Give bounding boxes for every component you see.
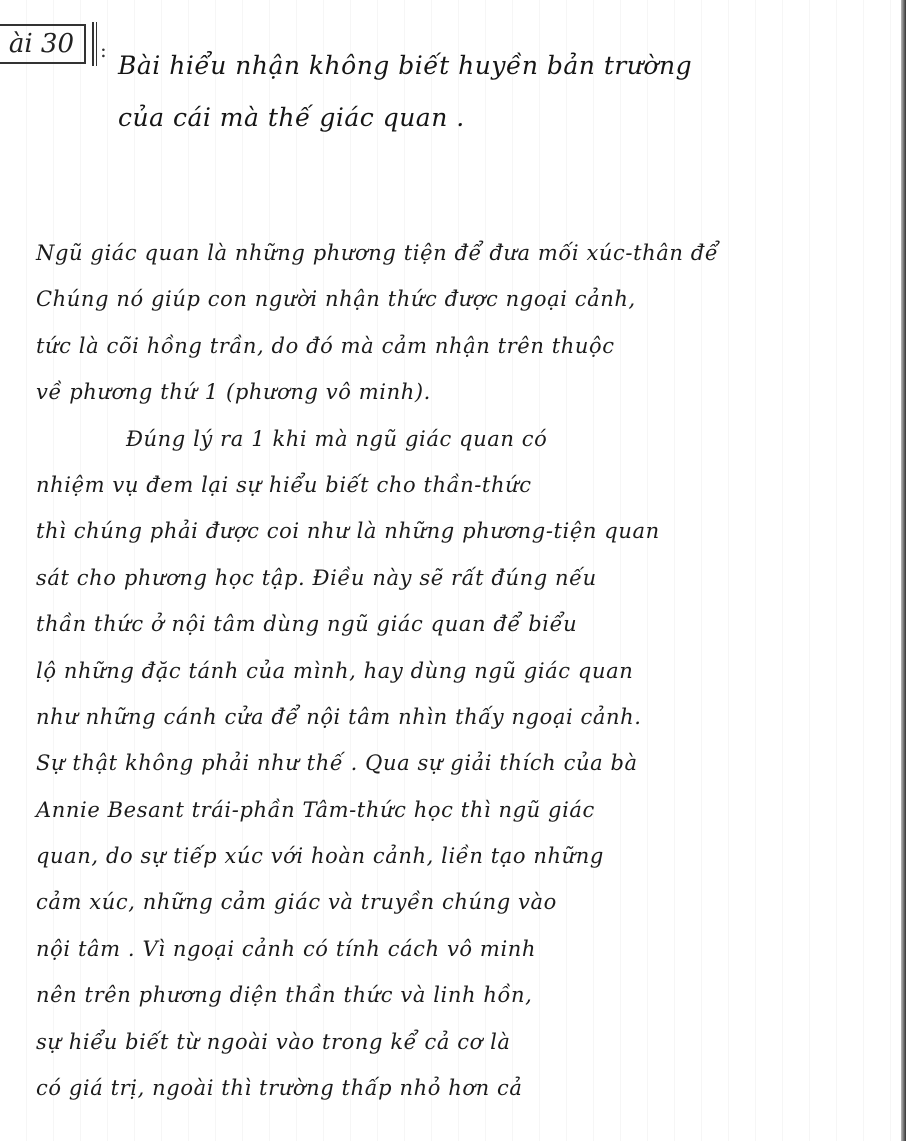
handwritten-body: Ngũ giác quan là những phương tiện để đư…	[36, 230, 866, 1111]
body-line: thì chúng phải được coi như là những phư…	[36, 508, 866, 554]
body-line: sự hiểu biết từ ngoài vào trong kể cả cơ…	[36, 1019, 866, 1065]
body-line: nội tâm . Vì ngoại cảnh có tính cách vô …	[36, 926, 866, 972]
body-line: Annie Besant trái-phần Tâm-thức học thì …	[36, 787, 866, 833]
title-line: của cái mà thế giác quan .	[118, 92, 818, 144]
body-line: thần thức ở nội tâm dùng ngũ giác quan đ…	[36, 601, 866, 647]
lesson-title: Bài hiểu nhận không biết huyền bản trườn…	[118, 40, 818, 144]
body-line: Chúng nó giúp con người nhận thức được n…	[36, 276, 866, 322]
body-line: quan, do sự tiếp xúc với hoàn cảnh, liền…	[36, 833, 866, 879]
body-line: Sự thật không phải như thế . Qua sự giải…	[36, 740, 866, 786]
body-line: về phương thứ 1 (phương vô minh).	[36, 369, 866, 415]
body-line: nên trên phương diện thần thức và linh h…	[36, 972, 866, 1018]
label-colon: :	[100, 38, 107, 62]
body-line: như những cánh cửa để nội tâm nhìn thấy …	[36, 694, 866, 740]
lesson-number-text: ài 30	[9, 29, 74, 59]
label-divider	[92, 22, 97, 66]
page-edge-shadow	[901, 0, 906, 1141]
body-line: cảm xúc, những cảm giác và truyền chúng …	[36, 879, 866, 925]
body-line: tức là cõi hồng trần, do đó mà cảm nhận …	[36, 323, 866, 369]
body-line: nhiệm vụ đem lại sự hiểu biết cho thần-t…	[36, 462, 866, 508]
body-line: Đúng lý ra 1 khi mà ngũ giác quan có	[36, 416, 866, 462]
body-line: lộ những đặc tánh của mình, hay dùng ngũ…	[36, 648, 866, 694]
title-line: Bài hiểu nhận không biết huyền bản trườn…	[118, 40, 818, 92]
body-line: Ngũ giác quan là những phương tiện để đư…	[36, 230, 866, 276]
body-line: có giá trị, ngoài thì trường thấp nhỏ hơ…	[36, 1065, 866, 1111]
lesson-number-label: ài 30	[0, 24, 86, 64]
scanned-handwritten-page: ài 30 : Bài hiểu nhận không biết huyền b…	[0, 0, 906, 1141]
body-line: sát cho phương học tập. Điều này sẽ rất …	[36, 555, 866, 601]
